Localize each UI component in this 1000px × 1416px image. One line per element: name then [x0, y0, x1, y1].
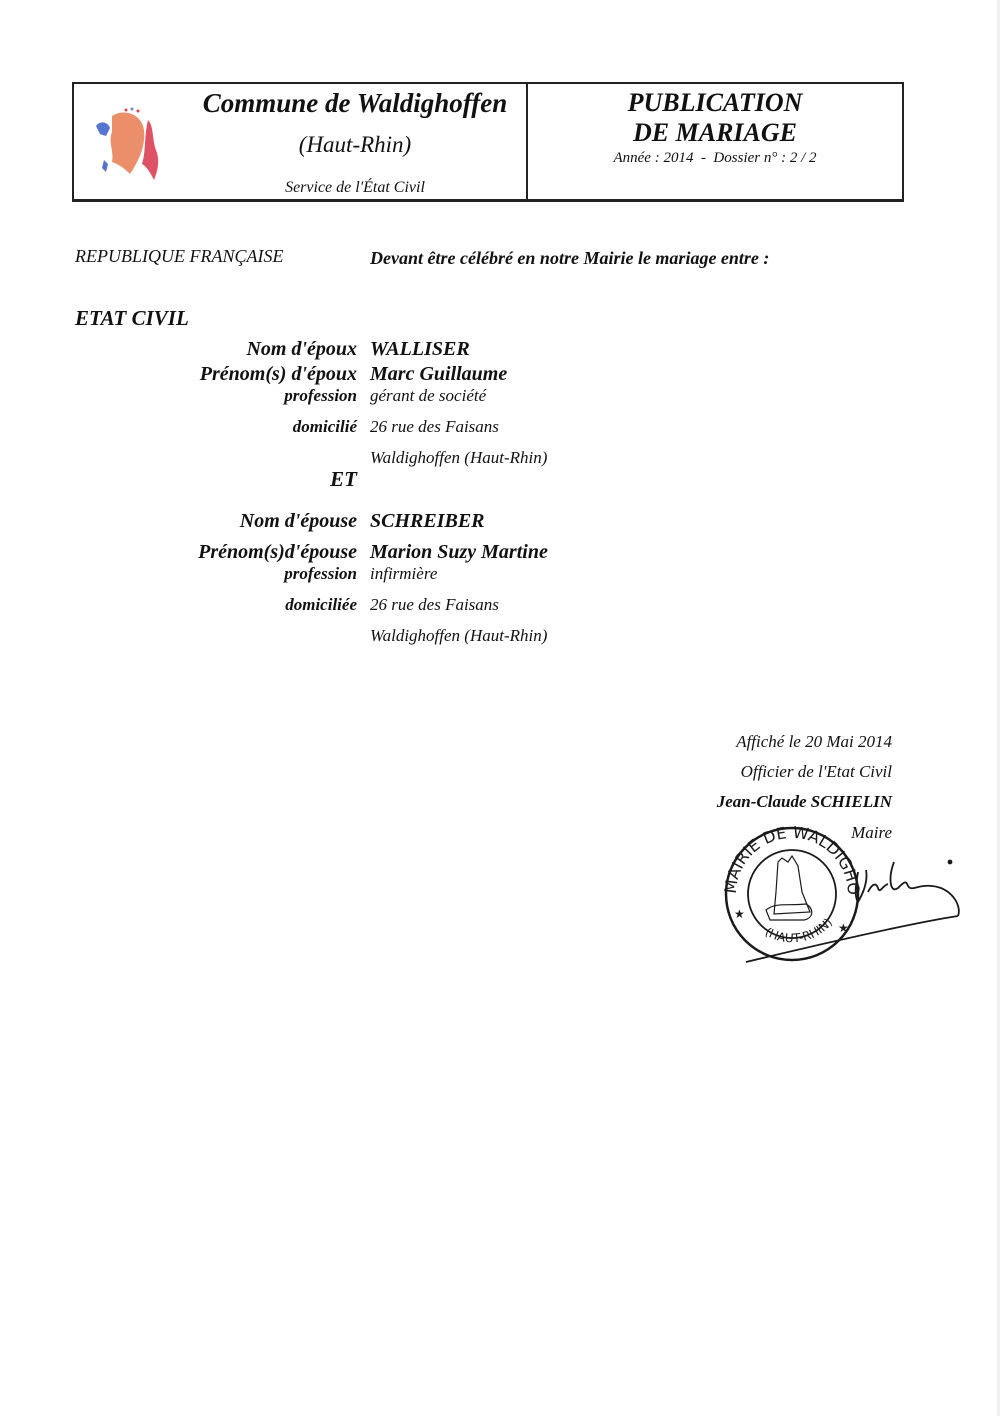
epoux-nom-row: Nom d'époux WALLISER	[0, 338, 1000, 364]
section-title: ETAT CIVIL	[75, 306, 189, 331]
epoux-profession-row: profession gérant de société	[0, 386, 1000, 412]
epouse-domicile-row: domiciliée 26 rue des Faisans	[0, 595, 1000, 621]
epouse-domicile-label: domiciliée	[285, 595, 357, 615]
epoux-domicile-row: domicilié 26 rue des Faisans	[0, 417, 1000, 443]
document-title: PUBLICATION DE MARIAGE	[528, 88, 902, 148]
epouse-domicile-row-2: Waldighoffen (Haut-Rhin)	[0, 626, 1000, 652]
officer-title: Officier de l'Etat Civil	[741, 762, 892, 782]
epoux-profession-label: profession	[284, 386, 357, 406]
commune-block: Commune de Waldighoffen (Haut-Rhin) Serv…	[74, 84, 528, 199]
svg-text:★: ★	[838, 921, 849, 935]
document-title-line1: PUBLICATION	[528, 88, 902, 118]
epouse-profession-label: profession	[284, 564, 357, 584]
epouse-profession: infirmière	[370, 564, 437, 584]
epouse-prenoms-label: Prénom(s)d'épouse	[198, 541, 357, 564]
epouse-domicile-line1: 26 rue des Faisans	[370, 595, 499, 615]
seal-and-signature-icon: MAIRIE DE WALDIGHOFFEN (HAUT-RHIN) ★ ★	[718, 822, 968, 972]
intro-text: Devant être célébré en notre Mairie le m…	[370, 248, 769, 269]
conjunction: ET	[330, 467, 357, 492]
epoux-prenoms-label: Prénom(s) d'époux	[200, 363, 357, 386]
epoux-domicile-row-2: Waldighoffen (Haut-Rhin)	[0, 448, 1000, 474]
epouse-nom: SCHREIBER	[370, 510, 485, 533]
commune-name: Commune de Waldighoffen	[184, 88, 526, 119]
epoux-domicile-label: domicilié	[293, 417, 357, 437]
svg-text:★: ★	[734, 907, 745, 921]
document-meta: Année : 2014 - Dossier n° : 2 / 2	[528, 150, 902, 167]
page-edge	[0, 0, 1000, 1416]
epouse-prenoms: Marion Suzy Martine	[370, 541, 548, 564]
header-box: Commune de Waldighoffen (Haut-Rhin) Serv…	[72, 82, 904, 202]
epoux-nom-label: Nom d'époux	[246, 338, 357, 361]
epoux-domicile-line2: Waldighoffen (Haut-Rhin)	[370, 448, 547, 468]
epouse-nom-row: Nom d'épouse SCHREIBER	[0, 510, 1000, 536]
document-title-line2: DE MARIAGE	[528, 118, 902, 148]
document-title-block: PUBLICATION DE MARIAGE Année : 2014 - Do…	[528, 84, 902, 199]
posted-date: Affiché le 20 Mai 2014	[736, 732, 892, 752]
epoux-nom: WALLISER	[370, 338, 470, 361]
service-name: Service de l'État Civil	[184, 179, 526, 197]
epouse-profession-row: profession infirmière	[0, 564, 1000, 590]
officer-name: Jean-Claude SCHIELIN	[717, 792, 892, 812]
epoux-domicile-line1: 26 rue des Faisans	[370, 417, 499, 437]
epoux-profession: gérant de société	[370, 386, 486, 406]
epoux-prenoms: Marc Guillaume	[370, 363, 507, 386]
marianne-logo-icon	[90, 106, 178, 186]
epouse-domicile-line2: Waldighoffen (Haut-Rhin)	[370, 626, 547, 646]
republique-label: REPUBLIQUE FRANÇAISE	[75, 246, 283, 267]
department: (Haut-Rhin)	[184, 132, 526, 158]
epouse-nom-label: Nom d'épouse	[240, 510, 357, 533]
